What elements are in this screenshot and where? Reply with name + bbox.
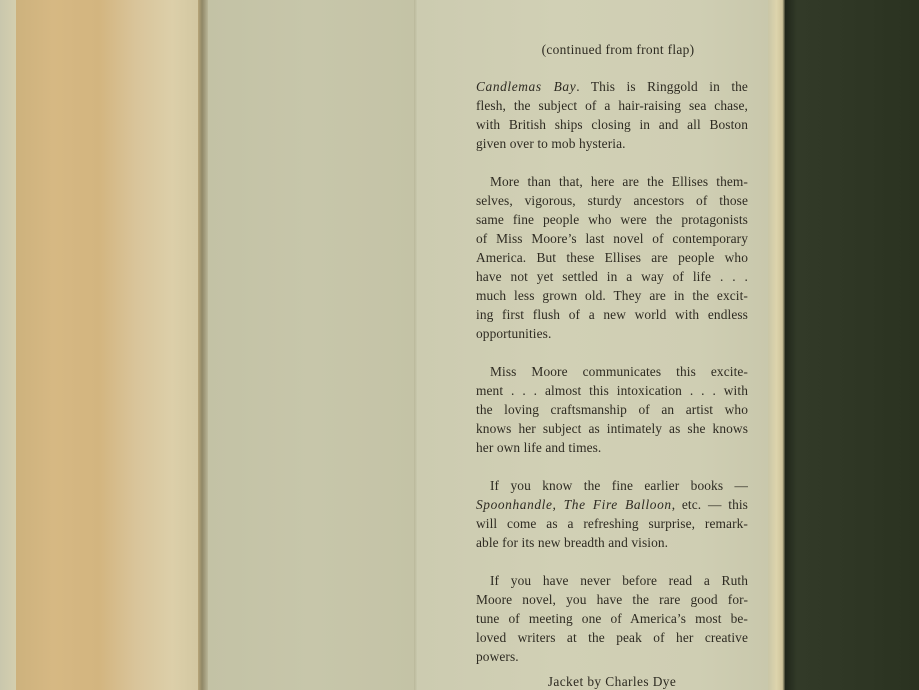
text-line: much less grown old. They are in the exc… — [476, 286, 748, 305]
text-line: loved writers at the peak of her creativ… — [476, 628, 748, 647]
text-line: will come as a refreshing surprise, rema… — [476, 514, 748, 533]
text-line: Miss Moore communicates this excite- — [476, 362, 748, 381]
flap-copy: (continued from front flap) Candlemas Ba… — [476, 40, 748, 685]
text-line: knows her subject as intimately as she k… — [476, 419, 748, 438]
text-line: flesh, the subject of a hair-raising sea… — [476, 96, 748, 115]
text-line: Spoonhandle, The Fire Balloon, etc. — th… — [476, 495, 748, 514]
paragraph-5: If you have never before read a Ruth Moo… — [476, 571, 748, 666]
book-title: Candlemas Bay — [476, 79, 576, 94]
text-line: If you have never before read a Ruth — [476, 571, 748, 590]
book-titles: Spoonhandle, The Fire Balloon — [476, 497, 672, 512]
text-line: Moore novel, you have the rare good for- — [476, 590, 748, 609]
text-line: able for its new breadth and vision. — [476, 533, 748, 552]
text-line: same fine people who were the protagonis… — [476, 210, 748, 229]
text-line: Candlemas Bay. This is Ringgold in the — [476, 77, 748, 96]
gutter-shadow — [198, 0, 208, 690]
text-line: America. But these Ellises are people wh… — [476, 248, 748, 267]
text-line: selves, vigorous, sturdy ancestors of th… — [476, 191, 748, 210]
text-line: the loving craftsmanship of an artist wh… — [476, 400, 748, 419]
text-line: her own life and times. — [476, 438, 748, 457]
paragraph-3: Miss Moore communicates this excite- men… — [476, 362, 748, 457]
backdrop-cloth — [785, 0, 919, 690]
paragraph-4: If you know the fine earlier books — Spo… — [476, 476, 748, 552]
text-line: powers. — [476, 647, 748, 666]
text-line: given over to mob hysteria. — [476, 134, 748, 153]
paragraph-1: Candlemas Bay. This is Ringgold in the f… — [476, 77, 748, 153]
text-line: tune of meeting one of America’s most be… — [476, 609, 748, 628]
continued-header: (continued from front flap) — [482, 40, 754, 59]
left-edge-strip — [0, 0, 16, 690]
paragraph-2: More than that, here are the Ellises the… — [476, 172, 748, 343]
text-line: of Miss Moore’s last novel of contempora… — [476, 229, 748, 248]
text-line: More than that, here are the Ellises the… — [476, 172, 748, 191]
text-line: have not yet settled in a way of life . … — [476, 267, 748, 286]
text-line: opportunities. — [476, 324, 748, 343]
text-line: ing first flush of a new world with endl… — [476, 305, 748, 324]
text-line: with British ships closing in and all Bo… — [476, 115, 748, 134]
yellowed-endpaper — [16, 0, 200, 690]
text-line: If you know the fine earlier books — — [476, 476, 748, 495]
inner-flap-area — [208, 0, 416, 690]
jacket-credit: Jacket by Charles Dye — [476, 674, 748, 690]
flap-right-edge — [768, 0, 785, 690]
text-line: ment . . . almost this intoxication . . … — [476, 381, 748, 400]
